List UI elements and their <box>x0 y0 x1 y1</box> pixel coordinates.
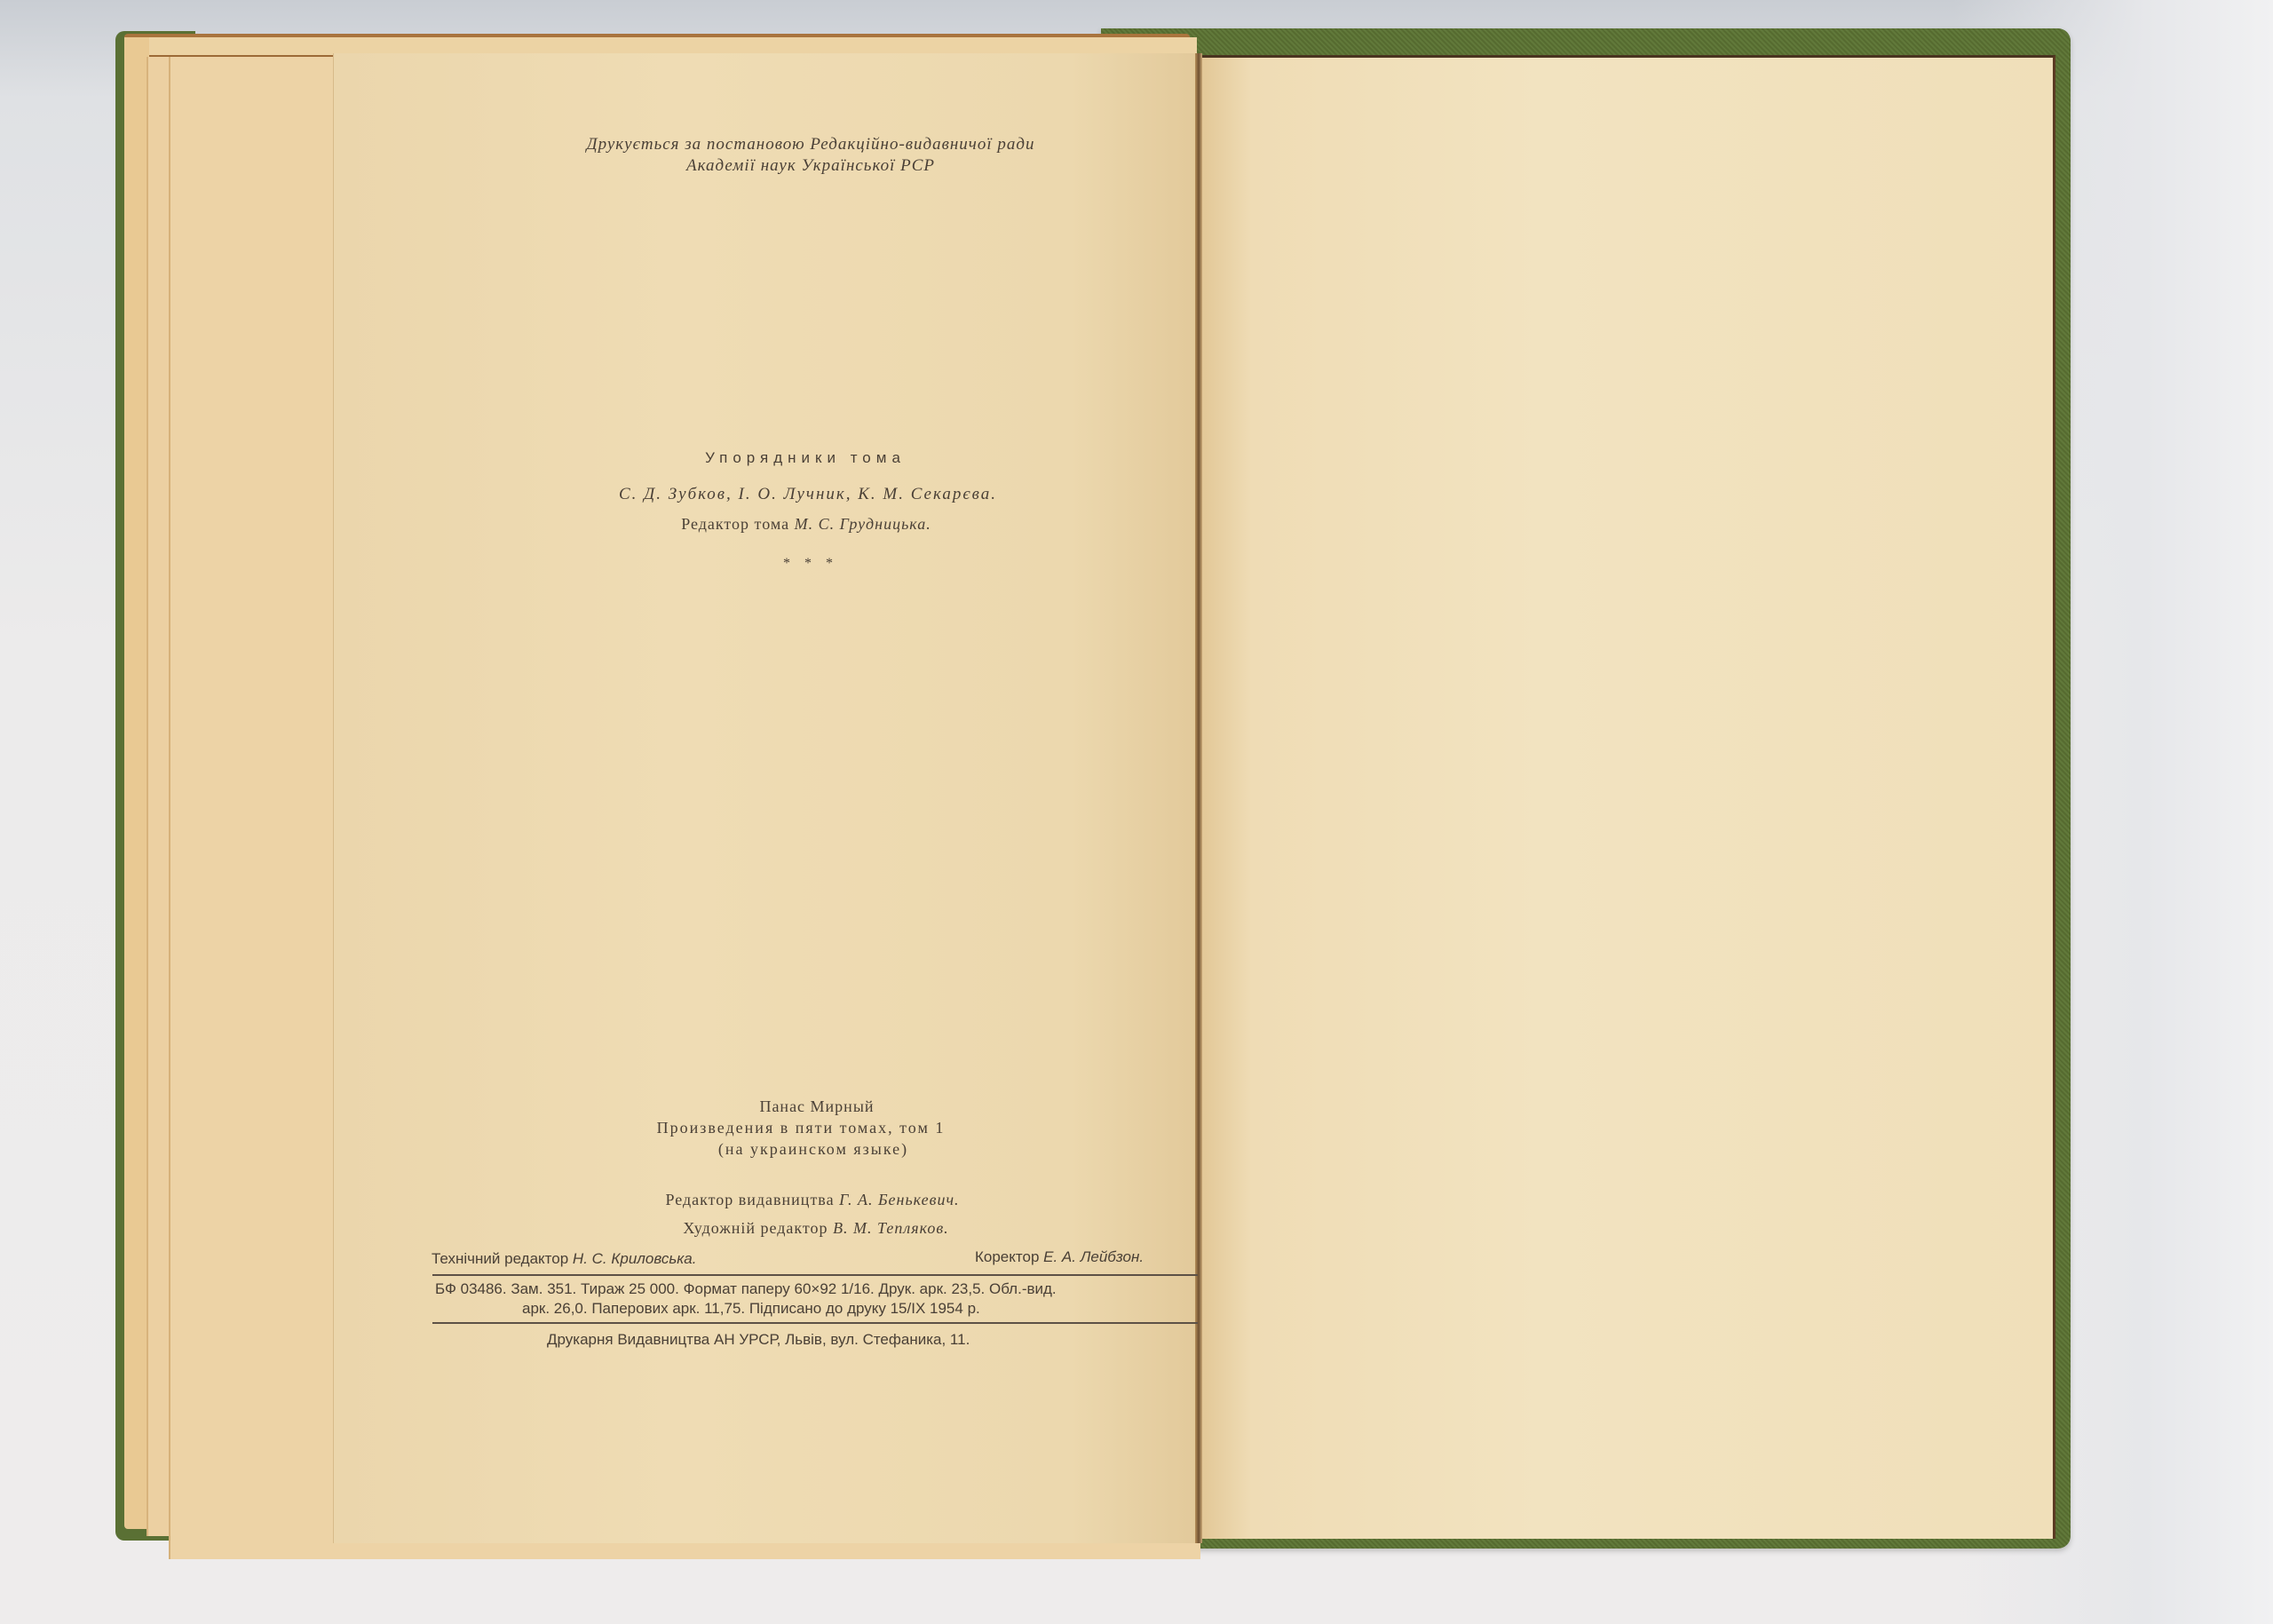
print-data-line1: БФ 03486. Зам. 351. Тираж 25 000. Формат… <box>435 1280 1057 1298</box>
book-gutter <box>1195 53 1202 1543</box>
tech-editor-label: Технічний редактор <box>432 1250 568 1267</box>
volume-editor-line: Редактор тома М. С. Грудницька. <box>681 515 931 534</box>
tech-editor-line: Технічний редактор Н. С. Криловська. <box>432 1250 696 1268</box>
print-data-line2: арк. 26,0. Паперових арк. 11,75. Підписа… <box>522 1300 980 1318</box>
printer-line: Друкарня Видавництва АН УРСР, Львів, вул… <box>547 1331 970 1349</box>
compilers-heading: Упорядники тома <box>705 449 906 467</box>
tech-editor-name: Н. С. Криловська. <box>573 1250 697 1267</box>
blank-endpaper-page <box>1200 55 2055 1539</box>
publisher-editor-line: Редактор видавництва Г. А. Бенькевич. <box>665 1191 959 1209</box>
separator-stars: * * * <box>783 556 838 572</box>
colophon-page <box>333 53 1200 1543</box>
top-notice-line1: Друкується за постановою Редакційно-вида… <box>586 135 1034 154</box>
book-title: Произведения в пяти томах, том 1 <box>657 1119 946 1137</box>
proofreader-name: Е. А. Лейбзон. <box>1043 1248 1144 1265</box>
publisher-editor-name: Г. А. Бенькевич. <box>839 1191 959 1208</box>
art-editor-name: В. М. Тепляков. <box>833 1219 949 1237</box>
language-note: (на украинском языке) <box>718 1140 908 1159</box>
divider-rule-2 <box>432 1322 1198 1324</box>
proofreader-line: Коректор Е. А. Лейбзон. <box>975 1248 1144 1266</box>
top-notice-line2: Академії наук Української РСР <box>686 156 935 176</box>
divider-rule-1 <box>432 1274 1198 1276</box>
compilers-names: С. Д. Зубков, І. О. Лучник, К. М. Секарє… <box>619 485 997 504</box>
proofreader-label: Коректор <box>975 1248 1039 1265</box>
art-editor-label: Художній редактор <box>683 1219 828 1237</box>
volume-editor-name: М. С. Грудницька. <box>795 515 931 533</box>
author-name: Панас Мирный <box>759 1097 874 1116</box>
art-editor-line: Художній редактор В. М. Тепляков. <box>683 1219 948 1238</box>
volume-editor-label: Редактор тома <box>681 515 789 533</box>
publisher-editor-label: Редактор видавництва <box>665 1191 834 1208</box>
